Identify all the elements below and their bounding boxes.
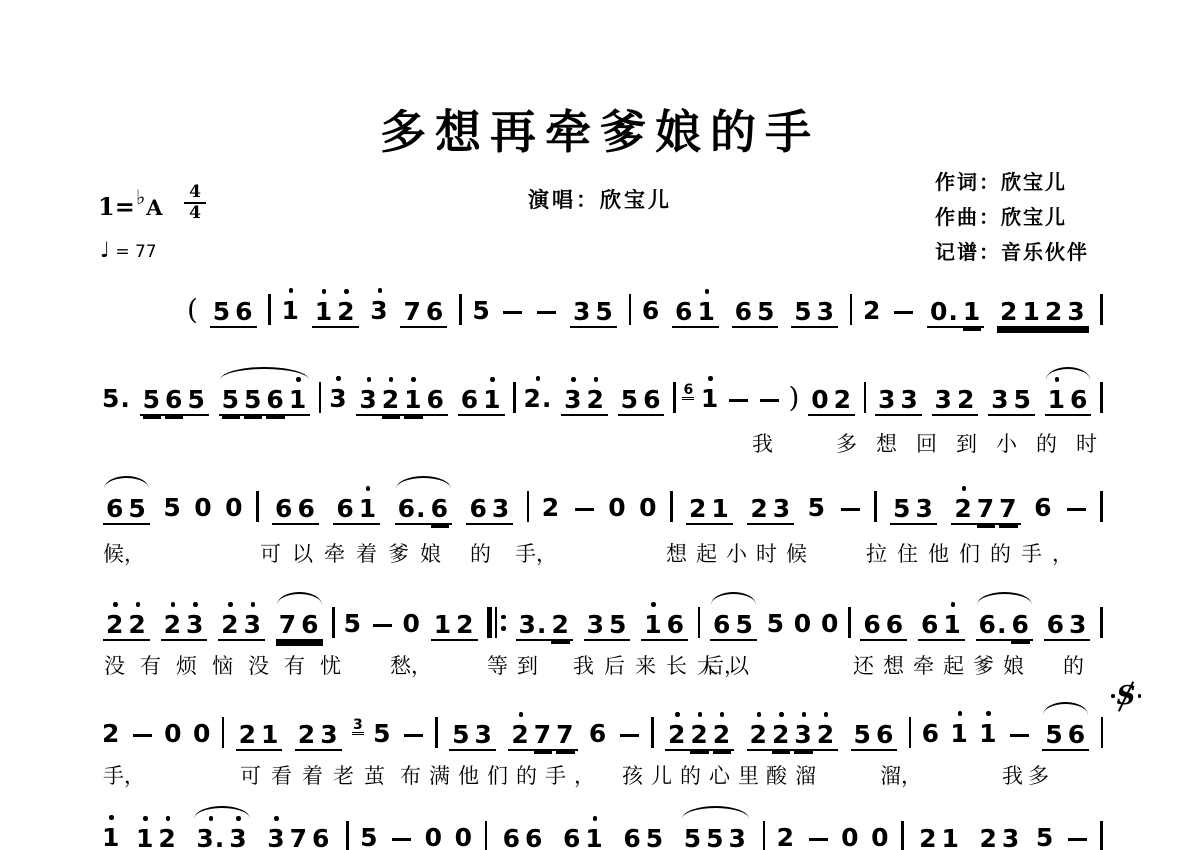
octave-dot bbox=[651, 602, 656, 607]
note: 2 bbox=[690, 719, 708, 749]
key-letter: A bbox=[146, 195, 162, 220]
note-number: 2 bbox=[551, 611, 569, 639]
note-number: 2 bbox=[834, 386, 852, 414]
octave-dot bbox=[675, 712, 680, 717]
note: 5 bbox=[1045, 719, 1063, 749]
beam-group: 2232 bbox=[747, 719, 839, 751]
note-number: 2 bbox=[1000, 298, 1018, 326]
note: 5 bbox=[344, 608, 362, 638]
octave-dot bbox=[136, 602, 141, 607]
beam-group: 35 bbox=[988, 384, 1035, 416]
note: 1 bbox=[711, 493, 729, 523]
note: 6. bbox=[398, 493, 427, 523]
note: 6 bbox=[266, 384, 284, 414]
barline bbox=[901, 821, 904, 850]
note: 5 bbox=[163, 492, 181, 522]
note: 2. bbox=[523, 383, 552, 413]
note-number: 0 bbox=[821, 610, 839, 638]
barline bbox=[459, 294, 462, 325]
note-number: 6 bbox=[589, 720, 607, 748]
note: 1 bbox=[1022, 296, 1040, 326]
octave-dot bbox=[274, 816, 279, 821]
note: 6 bbox=[643, 384, 661, 414]
note-number: 3 bbox=[359, 386, 377, 414]
note: 3. bbox=[519, 609, 548, 639]
lyric-segment: 我 bbox=[752, 428, 773, 458]
barline bbox=[909, 717, 912, 748]
note-number: 6 bbox=[427, 386, 445, 414]
note-number: 6 bbox=[1011, 611, 1029, 639]
repeat-dot bbox=[501, 626, 506, 631]
note-number: 1 bbox=[585, 825, 603, 850]
note-number: 1 bbox=[711, 495, 729, 523]
note-number: 3 bbox=[244, 611, 262, 639]
note-number: 3 bbox=[229, 825, 247, 850]
note-number: 3 bbox=[587, 611, 605, 639]
note: 5 bbox=[187, 384, 205, 414]
note: 1 bbox=[1048, 384, 1066, 414]
note-number: 6 bbox=[921, 611, 939, 639]
note-number: 0 bbox=[425, 824, 443, 850]
note: 1 bbox=[963, 296, 981, 326]
barline bbox=[864, 382, 867, 413]
note: 3 bbox=[267, 823, 285, 850]
note-number: 5 bbox=[684, 825, 702, 850]
octave-dot bbox=[593, 816, 598, 821]
octave-dot bbox=[705, 289, 710, 294]
note-number: 3 bbox=[794, 721, 812, 749]
beam-group: 22 bbox=[103, 609, 150, 641]
note-number: 2. bbox=[523, 385, 552, 413]
note: 2 bbox=[164, 609, 182, 639]
note: 2 bbox=[689, 493, 707, 523]
note-number: 5 bbox=[609, 611, 627, 639]
octave-dot bbox=[209, 816, 214, 821]
octave-dot bbox=[109, 815, 114, 820]
octave-dot bbox=[536, 376, 541, 381]
beam-group: 376 bbox=[264, 823, 333, 850]
lyric-segment: 可看着老茧 bbox=[240, 760, 395, 790]
barline bbox=[850, 294, 853, 325]
note-number: 1 bbox=[282, 297, 300, 325]
note-number: 5 bbox=[595, 298, 613, 326]
lyrics-row: 我多想回到小的时 bbox=[0, 428, 1200, 456]
note: 1 bbox=[289, 384, 307, 414]
note: 6 bbox=[336, 493, 354, 523]
note-number: 3 bbox=[878, 386, 896, 414]
note-number: 5 bbox=[244, 386, 262, 414]
note: 0 bbox=[871, 822, 889, 850]
note: 6 bbox=[1070, 384, 1088, 414]
note-number: 7 bbox=[403, 298, 421, 326]
lyric-segment: 愁， bbox=[390, 650, 432, 680]
note-number: 6 bbox=[426, 298, 444, 326]
note-number: 6 bbox=[675, 298, 693, 326]
note: 7 bbox=[290, 823, 308, 850]
note-number: 3 bbox=[817, 298, 835, 326]
time-signature-bottom: 4 bbox=[184, 204, 206, 223]
note-number: 6 bbox=[235, 298, 253, 326]
note-number: 6. bbox=[979, 611, 1008, 639]
duration-dash bbox=[729, 399, 748, 403]
beam-group: 61 bbox=[333, 493, 380, 525]
note: 2 bbox=[777, 822, 795, 850]
note-number: 2 bbox=[587, 386, 605, 414]
note: 6 bbox=[876, 719, 894, 749]
beam-group: 02 bbox=[808, 384, 855, 416]
octave-dot bbox=[824, 712, 829, 717]
octave-dot bbox=[951, 602, 956, 607]
octave-dot bbox=[594, 377, 599, 382]
note: 1 bbox=[136, 823, 154, 850]
beam-group: 66 bbox=[500, 823, 547, 850]
beam-group: 277 bbox=[508, 719, 577, 751]
beam-group: 16 bbox=[641, 609, 688, 641]
note: 6 bbox=[461, 384, 479, 414]
beam-group: 63 bbox=[1044, 609, 1091, 641]
beam-group-slur: 56 bbox=[1042, 719, 1089, 751]
note: 2 bbox=[128, 609, 146, 639]
note-number: 6 bbox=[886, 611, 904, 639]
note: 6 bbox=[886, 609, 904, 639]
note-number: 0 bbox=[403, 610, 421, 638]
note-number: 5 bbox=[757, 298, 775, 326]
lyrics-row: 候，可以牵着爹娘的手，想起小时候拉住他们的手， bbox=[0, 538, 1200, 566]
note: 7 bbox=[977, 493, 995, 523]
beam-group: 63 bbox=[466, 493, 513, 525]
note: 1 bbox=[950, 718, 968, 748]
note: 6 bbox=[563, 823, 581, 850]
note: 5 bbox=[794, 296, 812, 326]
note-number: 2 bbox=[106, 611, 124, 639]
note-number: 6 bbox=[1068, 721, 1086, 749]
note: 5 bbox=[854, 719, 872, 749]
duration-dash bbox=[620, 734, 639, 738]
beam-group: 12 bbox=[312, 296, 359, 328]
note-number: 0 bbox=[193, 720, 211, 748]
note: 2 bbox=[1045, 296, 1063, 326]
note-number: 3 bbox=[1069, 611, 1087, 639]
note: 3 bbox=[475, 719, 493, 749]
beam-group: 33 bbox=[875, 384, 922, 416]
note: 1 bbox=[404, 384, 422, 414]
note: 5 bbox=[452, 719, 470, 749]
duration-dash bbox=[575, 508, 594, 512]
parenthesis-symbol: ( bbox=[187, 296, 198, 324]
duration-dash bbox=[503, 311, 522, 315]
note-number: 2 bbox=[919, 825, 937, 850]
duration-dash bbox=[1068, 838, 1087, 842]
note: 6 bbox=[503, 823, 521, 850]
note: 1 bbox=[282, 295, 300, 325]
barline bbox=[1100, 607, 1103, 638]
beam-group-slur: 16 bbox=[1045, 384, 1092, 416]
note: 0 bbox=[639, 492, 657, 522]
barline bbox=[256, 491, 259, 522]
note-number: 5 bbox=[1036, 824, 1054, 850]
octave-dot bbox=[708, 376, 713, 381]
note-number: 2 bbox=[668, 721, 686, 749]
note: 3 bbox=[1069, 609, 1087, 639]
note-number: 3 bbox=[475, 721, 493, 749]
lyric-segment: 的 bbox=[1063, 650, 1084, 680]
beam-group: 65 bbox=[620, 823, 667, 850]
note-number: 5 bbox=[128, 495, 146, 523]
duration-dash bbox=[760, 399, 779, 403]
barline bbox=[346, 821, 349, 850]
beam-group: 12 bbox=[431, 609, 478, 641]
note: 3 bbox=[244, 609, 262, 639]
note-number: 1 bbox=[404, 386, 422, 414]
beam-group: 61 bbox=[560, 823, 607, 850]
octave-dot bbox=[228, 602, 233, 607]
octave-dot bbox=[296, 377, 301, 382]
beam-group: 76 bbox=[400, 296, 447, 328]
octave-dot bbox=[366, 486, 371, 491]
note: 3 bbox=[817, 296, 835, 326]
sheet-music-page: { "header": { "title": "多想再牵爹娘的手", "sing… bbox=[0, 0, 1200, 850]
note-number: 5 bbox=[143, 386, 161, 414]
note-number: 6 bbox=[297, 495, 315, 523]
note: 0 bbox=[225, 492, 243, 522]
beam-group: 56 bbox=[851, 719, 898, 751]
barline bbox=[1100, 382, 1103, 413]
music-line: 1123.337650066616555320021235 bbox=[100, 822, 1105, 850]
note-number: 1 bbox=[315, 298, 333, 326]
flat-icon: ♭ bbox=[136, 185, 145, 209]
note: 1 bbox=[701, 383, 719, 413]
note: 6 bbox=[667, 609, 685, 639]
note: 7 bbox=[279, 609, 297, 639]
note: 6 bbox=[469, 493, 487, 523]
lyric-segment: 候， bbox=[103, 538, 145, 568]
octave-dot bbox=[1055, 377, 1060, 382]
note-number: 6 bbox=[735, 298, 753, 326]
duration-dash bbox=[392, 838, 411, 842]
note-number: 7 bbox=[290, 825, 308, 850]
beam-group: 61 bbox=[672, 296, 719, 328]
note: 2 bbox=[587, 384, 605, 414]
note: 3 bbox=[564, 384, 582, 414]
note: 7 bbox=[403, 296, 421, 326]
octave-dot bbox=[571, 377, 576, 382]
note-number: 5. bbox=[102, 385, 131, 413]
note: 2 bbox=[750, 719, 768, 749]
note-number: 5 bbox=[360, 824, 378, 850]
note: 0 bbox=[794, 608, 812, 638]
note-number: 2 bbox=[221, 611, 239, 639]
note-number: 6 bbox=[503, 825, 521, 850]
note: 6 bbox=[312, 823, 330, 850]
repeat-barline bbox=[487, 607, 506, 638]
note-number: 0 bbox=[871, 824, 889, 850]
note: 2 bbox=[954, 493, 972, 523]
note: 5 bbox=[706, 823, 724, 850]
note-number: 3 bbox=[1002, 825, 1020, 850]
note-number: 2 bbox=[750, 721, 768, 749]
beam-group: 32 bbox=[561, 384, 608, 416]
beam-group: 2123 bbox=[997, 296, 1089, 328]
note: 3 bbox=[229, 823, 247, 850]
note: 6 bbox=[106, 493, 124, 523]
note: 1 bbox=[697, 296, 715, 326]
note: 3 bbox=[370, 295, 388, 325]
beam-group: 35 bbox=[570, 296, 617, 328]
note: 6 bbox=[1034, 492, 1052, 522]
note: 6 bbox=[623, 823, 641, 850]
beam-group: 21 bbox=[236, 719, 283, 751]
note: 7 bbox=[999, 493, 1017, 523]
note-number: 1 bbox=[963, 298, 981, 326]
note-number: 7 bbox=[556, 721, 574, 749]
note-number: 1 bbox=[434, 611, 452, 639]
note: 5 bbox=[373, 718, 391, 748]
lyric-segment: 孩儿的心里 bbox=[622, 760, 767, 790]
note: 5 bbox=[222, 384, 240, 414]
note: 1 bbox=[585, 823, 603, 850]
barline bbox=[651, 717, 654, 748]
note: 0 bbox=[821, 608, 839, 638]
note: 6 bbox=[165, 384, 183, 414]
beam-group: 23 bbox=[218, 609, 265, 641]
lyric-segment: 可以牵着爹娘 bbox=[260, 538, 452, 568]
note: 1 bbox=[315, 296, 333, 326]
note: 5 bbox=[143, 384, 161, 414]
beam-group: 277 bbox=[951, 493, 1020, 525]
barline bbox=[673, 382, 676, 413]
barline bbox=[513, 382, 516, 413]
note: 2 bbox=[239, 719, 257, 749]
note: 2 bbox=[919, 823, 937, 850]
note-number: 2 bbox=[750, 495, 768, 523]
note: 2 bbox=[511, 719, 529, 749]
note: 3 bbox=[794, 719, 812, 749]
repeat-dots bbox=[501, 607, 506, 638]
octave-dot bbox=[251, 602, 256, 607]
note: 5 bbox=[213, 296, 231, 326]
beam-group: 23 bbox=[747, 493, 794, 525]
music-line: 2223237650123.235166550066616.663 bbox=[100, 608, 1105, 638]
note-number: 3 bbox=[186, 611, 204, 639]
beam-group: 56 bbox=[210, 296, 257, 328]
note: 2 bbox=[456, 609, 474, 639]
note-number: 5 bbox=[452, 721, 470, 749]
note-number: 6 bbox=[713, 611, 731, 639]
note: 0 bbox=[194, 492, 212, 522]
beam-group: 53 bbox=[890, 493, 937, 525]
beam-group: 23 bbox=[295, 719, 342, 751]
octave-dot bbox=[389, 377, 394, 382]
octave-dot bbox=[193, 602, 198, 607]
note-number: 6 bbox=[1034, 494, 1052, 522]
note: 6 bbox=[525, 823, 543, 850]
duration-dash bbox=[841, 508, 860, 512]
note-number: 2 bbox=[979, 825, 997, 850]
note-number: 6 bbox=[301, 611, 319, 639]
note: 2 bbox=[298, 719, 316, 749]
note: 1 bbox=[483, 384, 501, 414]
note: 6 bbox=[301, 609, 319, 639]
note-number: 0 bbox=[225, 494, 243, 522]
repeat-bar-thick bbox=[487, 607, 492, 638]
note-number: 5 bbox=[621, 386, 639, 414]
note: 0 bbox=[608, 492, 626, 522]
note: 5 bbox=[609, 609, 627, 639]
beam-group: 56 bbox=[618, 384, 665, 416]
note: 5 bbox=[128, 493, 146, 523]
note: 0 bbox=[193, 718, 211, 748]
octave-dot bbox=[519, 712, 524, 717]
beam-group: 222 bbox=[665, 719, 734, 751]
note-number: 1 bbox=[1022, 298, 1040, 326]
note: 6 bbox=[921, 609, 939, 639]
beam-group: 53 bbox=[791, 296, 838, 328]
octave-dot bbox=[720, 712, 725, 717]
note-number: 6 bbox=[461, 386, 479, 414]
duration-dash bbox=[809, 838, 828, 842]
barline bbox=[763, 821, 766, 850]
beam-group: 53 bbox=[449, 719, 496, 751]
note: 6 bbox=[1011, 609, 1029, 639]
note-number: 0 bbox=[608, 494, 626, 522]
duration-dash bbox=[537, 311, 556, 315]
note-number: 5 bbox=[187, 386, 205, 414]
note-number: 1 bbox=[102, 824, 120, 850]
lyric-segment: 后， bbox=[703, 650, 745, 680]
note: 6 bbox=[675, 296, 693, 326]
barline bbox=[319, 382, 322, 413]
note-number: 5 bbox=[222, 386, 240, 414]
note-number: 5 bbox=[344, 610, 362, 638]
note-number: 2 bbox=[863, 297, 881, 325]
note: 2 bbox=[382, 384, 400, 414]
repeat-bar-thin bbox=[495, 607, 498, 638]
note-number: 1 bbox=[644, 611, 662, 639]
note-number: 3 bbox=[935, 386, 953, 414]
note-number: 3 bbox=[915, 495, 933, 523]
note-number: 2 bbox=[713, 721, 731, 749]
octave-dot bbox=[962, 486, 967, 491]
beam-group-slur: 65 bbox=[103, 493, 150, 525]
repeat-dot bbox=[501, 615, 506, 620]
beam-group-slur: 553 bbox=[681, 823, 750, 850]
note-number: 0 bbox=[455, 824, 473, 850]
note-number: 2 bbox=[456, 611, 474, 639]
beam-group: 12 bbox=[133, 823, 180, 850]
note: 3 bbox=[900, 384, 918, 414]
lyric-segment: 手， bbox=[515, 538, 557, 568]
credits-block: 作词：欣宝儿 作曲：欣宝儿 记谱：音乐伙伴 bbox=[935, 166, 1089, 271]
octave-dot bbox=[336, 376, 341, 381]
lyric-segment: 溜， bbox=[880, 760, 922, 790]
note: 2 bbox=[551, 609, 569, 639]
note: 3 bbox=[492, 493, 510, 523]
note-number: 2 bbox=[689, 495, 707, 523]
note-number: 5 bbox=[794, 298, 812, 326]
barline bbox=[1100, 294, 1103, 325]
note: 6 bbox=[431, 493, 449, 523]
duration-dash bbox=[1067, 508, 1086, 512]
lyricist-credit: 作词：欣宝儿 bbox=[935, 166, 1089, 201]
note: 3 bbox=[573, 296, 591, 326]
note: 6 bbox=[863, 609, 881, 639]
note-number: 1 bbox=[942, 825, 960, 850]
beam-group-slur: 6.6 bbox=[976, 609, 1033, 641]
note-number: 5 bbox=[706, 825, 724, 850]
octave-dot bbox=[236, 816, 241, 821]
note-number: 1 bbox=[483, 386, 501, 414]
beam-group: 0.1 bbox=[927, 296, 984, 328]
